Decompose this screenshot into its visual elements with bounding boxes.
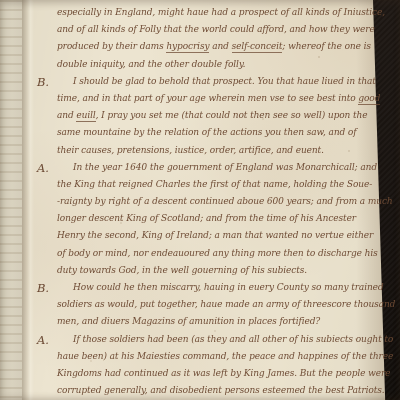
text-segment: If those soldiers had been (as they and … xyxy=(73,335,393,345)
text-segment: haue been) at his Maiesties command, the… xyxy=(57,352,393,362)
manuscript-line: Henry the second, King of Ireland; a man… xyxy=(57,228,383,245)
text-segment: double iniquity, and the other double fo… xyxy=(57,60,245,70)
dialogue-paragraph: A.In the year 1640 the gouernment of Eng… xyxy=(57,160,383,280)
speaker-letter: A. xyxy=(37,332,49,349)
dialogue-paragraph: B.How could he then miscarry, hauing in … xyxy=(57,280,383,332)
text-segment: , I pray you set me (that could not then… xyxy=(96,111,368,121)
underlined-word: self-conceit xyxy=(232,42,283,53)
manuscript-line: men, and diuers Magazins of amunition in… xyxy=(57,314,383,331)
speaker-letter: A. xyxy=(37,160,49,177)
speaker-letter: B. xyxy=(37,74,49,91)
manuscript-line: and euill, I pray you set me (that could… xyxy=(57,108,383,125)
manuscript-line: -raignty by right of a descent continued… xyxy=(57,194,383,211)
manuscript-line: soldiers as would, put together, haue ma… xyxy=(57,297,383,314)
manuscript-line: double iniquity, and the other double fo… xyxy=(57,57,383,74)
text-segment: time, and in that part of your age where… xyxy=(57,94,358,104)
text-segment: the King that reigned Charles the first … xyxy=(57,180,372,190)
text-segment: duty towards God, in the well gouerning … xyxy=(57,266,307,276)
dialogue-paragraph: A.If those soldiers had been (as they an… xyxy=(57,332,383,400)
facing-page-edge xyxy=(0,0,22,400)
text-segment: Henry the second, King of Ireland; a man… xyxy=(57,231,373,241)
manuscript-line: produced by their dams hypocrisy and sel… xyxy=(57,39,383,56)
text-segment: of body or mind, nor endeauoured any thi… xyxy=(57,249,378,259)
text-segment: their causes, pretensions, iustice, orde… xyxy=(57,146,324,156)
text-segment: longer descent King of Scotland; and fro… xyxy=(57,214,356,224)
underlined-word: hypocrisy xyxy=(166,42,209,53)
manuscript-line: and of all kinds of Folly that the world… xyxy=(57,22,383,39)
manuscript-line: In the year 1640 the gouernment of Engla… xyxy=(57,160,383,177)
text-segment: same mountaine by the relation of the ac… xyxy=(57,128,356,138)
text-segment: soldiers as would, put together, haue ma… xyxy=(57,300,395,310)
speaker-letter: B. xyxy=(37,280,49,297)
manuscript-line: duty towards God, in the well gouerning … xyxy=(57,263,383,280)
dialogue-paragraph: B.I should be glad to behold that prospe… xyxy=(57,74,383,160)
text-segment: I should be glad to behold that prospect… xyxy=(73,77,376,87)
text-segment: ; whereof the one is xyxy=(282,42,370,52)
manuscript-line: If those soldiers had been (as they and … xyxy=(57,332,383,349)
dialogue-paragraph: especially in England, might haue had a … xyxy=(57,5,383,74)
text-segment: -raignty by right of a descent continued… xyxy=(57,197,393,207)
manuscript-line: How could he then miscarry, hauing in eu… xyxy=(57,280,383,297)
manuscript-line: corrupted generally, and disobedient per… xyxy=(57,383,383,400)
text-segment: and xyxy=(209,42,231,52)
binding-crease xyxy=(22,0,34,400)
underlined-word: good xyxy=(358,94,380,105)
text-segment: How could he then miscarry, hauing in eu… xyxy=(73,283,384,293)
text-segment: especially in England, might haue had a … xyxy=(57,8,385,18)
manuscript-text: especially in England, might haue had a … xyxy=(57,5,383,400)
text-segment: men, and diuers Magazins of amunition in… xyxy=(57,317,320,327)
text-segment: Kingdoms had continued as it was left by… xyxy=(57,369,390,379)
text-segment: corrupted generally, and disobedient per… xyxy=(57,386,385,396)
text-segment: and of all kinds of Folly that the world… xyxy=(57,25,375,35)
manuscript-line: time, and in that part of your age where… xyxy=(57,91,383,108)
manuscript-line: same mountaine by the relation of the ac… xyxy=(57,125,383,142)
manuscript-line: of body or mind, nor endeauoured any thi… xyxy=(57,246,383,263)
manuscript-line: longer descent King of Scotland; and fro… xyxy=(57,211,383,228)
text-segment: produced by their dams xyxy=(57,42,166,52)
text-segment: In the year 1640 the gouernment of Engla… xyxy=(73,163,377,173)
manuscript-line: their causes, pretensions, iustice, orde… xyxy=(57,143,383,160)
manuscript-line: I should be glad to behold that prospect… xyxy=(57,74,383,91)
underlined-word: euill xyxy=(76,111,95,122)
manuscript-line: Kingdoms had continued as it was left by… xyxy=(57,366,383,383)
text-segment: and xyxy=(57,111,76,121)
manuscript-line: the King that reigned Charles the first … xyxy=(57,177,383,194)
manuscript-line: especially in England, might haue had a … xyxy=(57,5,383,22)
manuscript-photo: especially in England, might haue had a … xyxy=(0,0,400,400)
manuscript-line: haue been) at his Maiesties command, the… xyxy=(57,349,383,366)
